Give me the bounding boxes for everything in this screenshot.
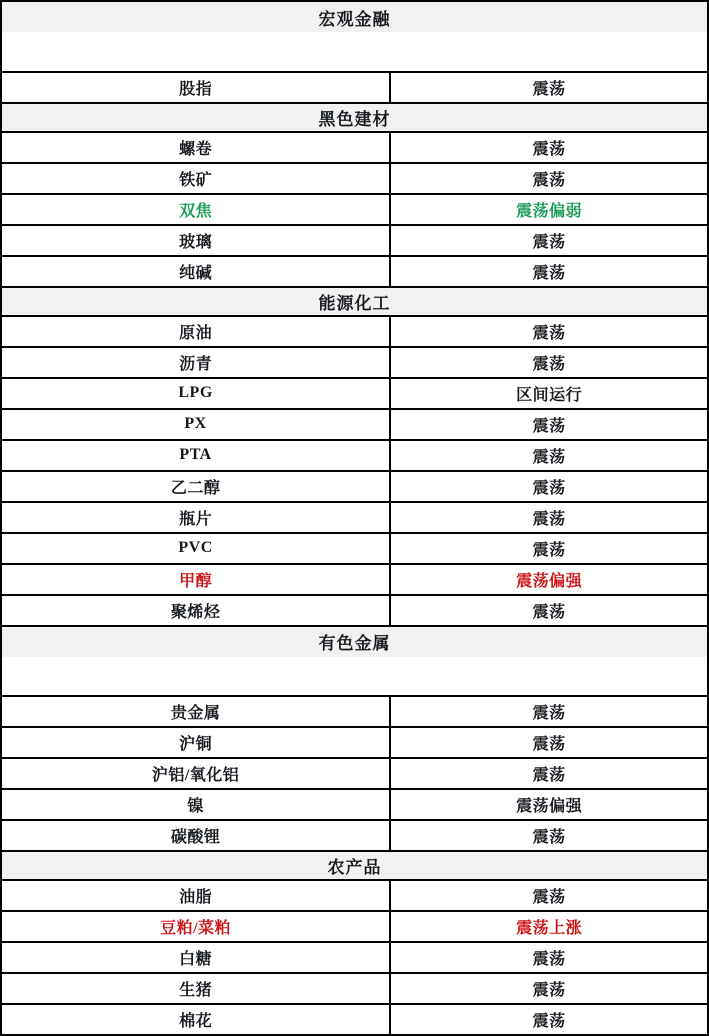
table-row: PVC震荡 — [2, 532, 707, 563]
variety-cell: 沪铝/氧化铝 — [2, 759, 391, 788]
outlook-cell: 震荡 — [391, 534, 707, 563]
variety-cell: PTA — [2, 441, 391, 470]
variety-cell: 螺卷 — [2, 133, 391, 162]
variety-cell: 瓶片 — [2, 503, 391, 532]
table-row: 棉花震荡 — [2, 1003, 707, 1034]
variety-cell: 铁矿 — [2, 164, 391, 193]
outlook-cell: 震荡 — [391, 317, 707, 346]
table-row: 乙二醇震荡 — [2, 470, 707, 501]
table-row: LPG区间运行 — [2, 377, 707, 408]
outlook-cell: 震荡 — [391, 226, 707, 255]
table-row: 镍震荡偏强 — [2, 788, 707, 819]
outlook-cell: 震荡偏弱 — [391, 195, 707, 224]
variety-cell: 沪铜 — [2, 728, 391, 757]
section-header-spacer — [2, 32, 707, 71]
outlook-cell: 震荡 — [391, 1005, 707, 1034]
outlook-cell: 震荡 — [391, 133, 707, 162]
table-row: 沪铜震荡 — [2, 726, 707, 757]
variety-cell: PVC — [2, 534, 391, 563]
outlook-cell: 震荡 — [391, 164, 707, 193]
table-row: 瓶片震荡 — [2, 501, 707, 532]
variety-cell: LPG — [2, 379, 391, 408]
table-row: 碳酸锂震荡 — [2, 819, 707, 850]
outlook-cell: 震荡 — [391, 596, 707, 625]
variety-cell: PX — [2, 410, 391, 439]
outlook-cell: 震荡 — [391, 881, 707, 910]
outlook-cell: 震荡 — [391, 503, 707, 532]
outlook-cell: 震荡偏强 — [391, 565, 707, 594]
table-row: 螺卷震荡 — [2, 131, 707, 162]
table-row: 原油震荡 — [2, 315, 707, 346]
table-row: 油脂震荡 — [2, 879, 707, 910]
variety-cell: 沥青 — [2, 348, 391, 377]
table-row: 甲醇震荡偏强 — [2, 563, 707, 594]
table-row: 贵金属震荡 — [2, 695, 707, 726]
table-row: 纯碱震荡 — [2, 255, 707, 286]
section-header: 能源化工 — [2, 286, 707, 315]
table-row: PX震荡 — [2, 408, 707, 439]
outlook-cell: 震荡 — [391, 974, 707, 1003]
outlook-cell: 震荡 — [391, 257, 707, 286]
variety-cell: 豆粕/菜粕 — [2, 912, 391, 941]
table-row: 生猪震荡 — [2, 972, 707, 1003]
table-row: PTA震荡 — [2, 439, 707, 470]
table-row: 双焦震荡偏弱 — [2, 193, 707, 224]
variety-cell: 玻璃 — [2, 226, 391, 255]
variety-cell: 贵金属 — [2, 697, 391, 726]
table-row: 股指震荡 — [2, 71, 707, 102]
variety-cell: 甲醇 — [2, 565, 391, 594]
variety-cell: 聚烯烃 — [2, 596, 391, 625]
section-header: 有色金属 — [2, 625, 707, 657]
outlook-cell: 震荡 — [391, 348, 707, 377]
section-header: 农产品 — [2, 850, 707, 879]
variety-cell: 碳酸锂 — [2, 821, 391, 850]
table-row: 白糖震荡 — [2, 941, 707, 972]
table-row: 玻璃震荡 — [2, 224, 707, 255]
variety-cell: 生猪 — [2, 974, 391, 1003]
outlook-cell: 区间运行 — [391, 379, 707, 408]
variety-cell: 乙二醇 — [2, 472, 391, 501]
table-row: 铁矿震荡 — [2, 162, 707, 193]
outlook-cell: 震荡上涨 — [391, 912, 707, 941]
outlook-cell: 震荡 — [391, 728, 707, 757]
outlook-cell: 震荡 — [391, 759, 707, 788]
variety-cell: 白糖 — [2, 943, 391, 972]
outlook-cell: 震荡偏强 — [391, 790, 707, 819]
variety-cell: 原油 — [2, 317, 391, 346]
table-row: 沥青震荡 — [2, 346, 707, 377]
table-row: 沪铝/氧化铝震荡 — [2, 757, 707, 788]
outlook-cell: 震荡 — [391, 472, 707, 501]
outlook-cell: 震荡 — [391, 410, 707, 439]
variety-cell: 镍 — [2, 790, 391, 819]
section-header: 黑色建材 — [2, 102, 707, 131]
table-row: 豆粕/菜粕震荡上涨 — [2, 910, 707, 941]
outlook-cell: 震荡 — [391, 943, 707, 972]
variety-cell: 双焦 — [2, 195, 391, 224]
variety-cell: 棉花 — [2, 1005, 391, 1034]
outlook-cell: 震荡 — [391, 821, 707, 850]
variety-cell: 股指 — [2, 73, 391, 102]
outlook-cell: 震荡 — [391, 73, 707, 102]
outlook-table: 宏观金融股指震荡黑色建材螺卷震荡铁矿震荡双焦震荡偏弱玻璃震荡纯碱震荡能源化工原油… — [0, 0, 709, 1036]
section-header: 宏观金融 — [2, 2, 707, 32]
variety-cell: 纯碱 — [2, 257, 391, 286]
table-row: 聚烯烃震荡 — [2, 594, 707, 625]
outlook-cell: 震荡 — [391, 441, 707, 470]
outlook-cell: 震荡 — [391, 697, 707, 726]
variety-cell: 油脂 — [2, 881, 391, 910]
section-header-spacer — [2, 657, 707, 696]
